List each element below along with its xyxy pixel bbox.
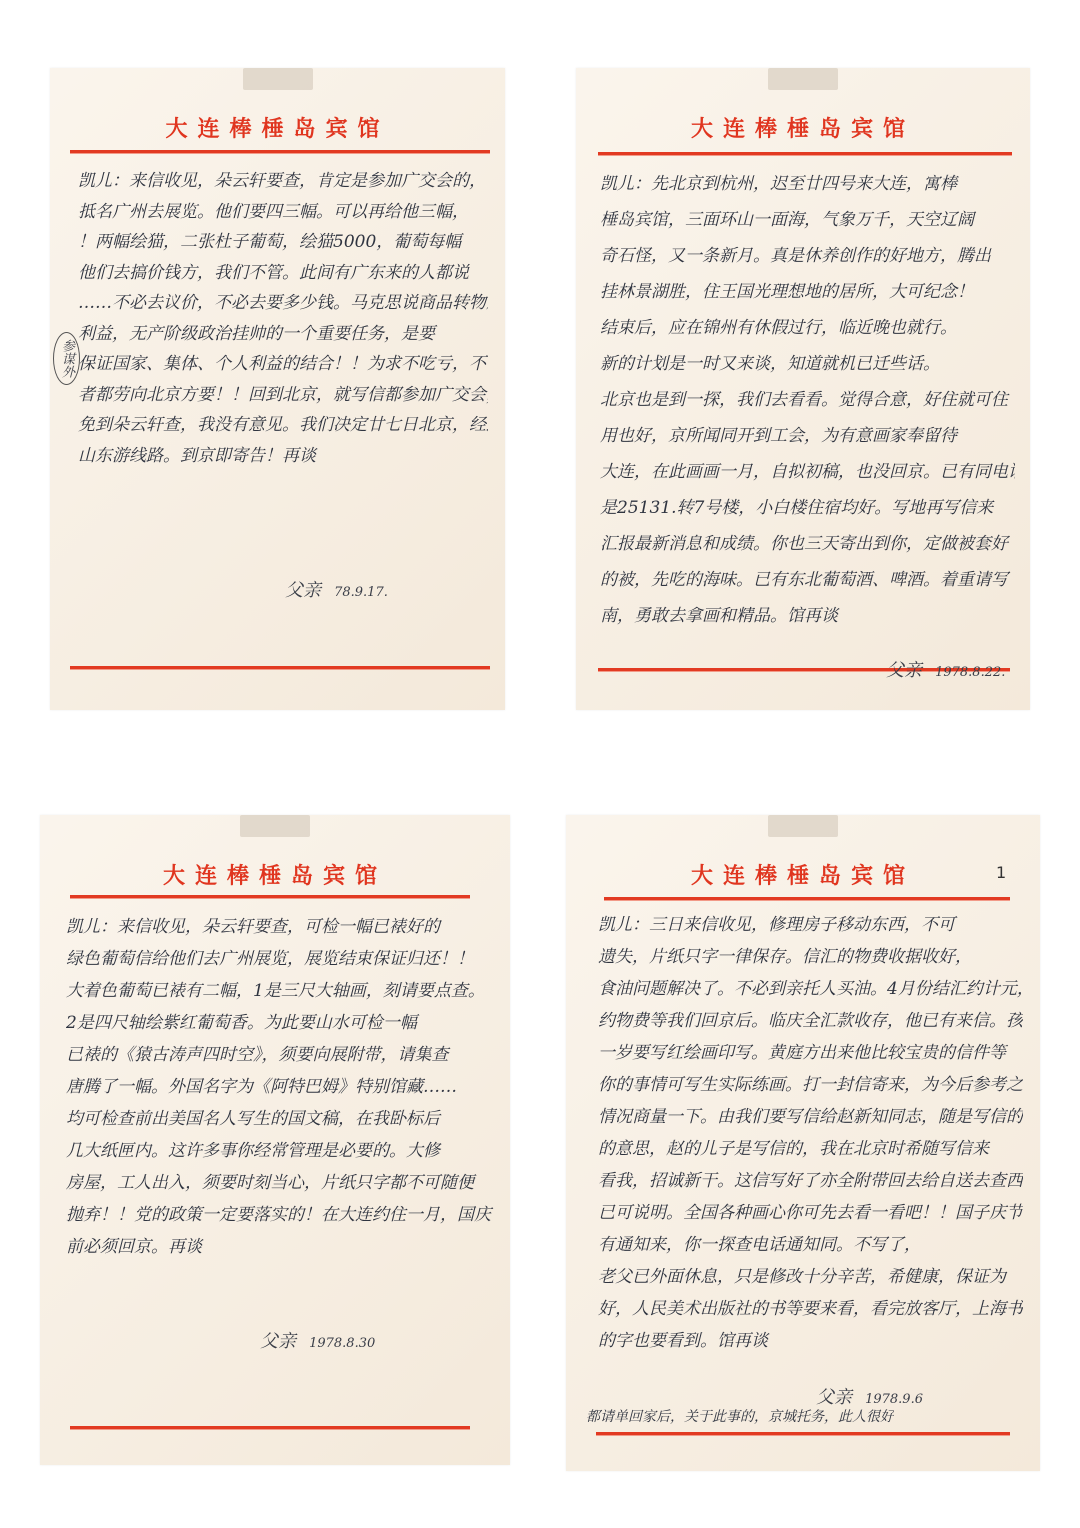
letterhead-rule: [70, 150, 490, 154]
letter-sheet-1: 大连棒棰岛宾馆 参谋外 凯儿：来信收见，朵云轩要查，肯定是参加广交会的， 抵名广…: [50, 68, 505, 710]
tape-mark: [768, 68, 838, 90]
signature-block: 父亲 1978.8.22.: [886, 656, 1005, 682]
letterhead-rule: [604, 897, 1010, 901]
signature: 父亲: [285, 580, 321, 601]
letter-date: 78.9.17.: [334, 585, 388, 600]
letter-body: 凯儿：来信收见，朵云轩要查，肯定是参加广交会的， 抵名广州去展览。他们要四三幅。…: [78, 166, 488, 471]
footer-rule: [70, 666, 490, 670]
letter-sheet-2: 大连棒棰岛宾馆 凯儿：先北京到杭州，迟至廿四号来大连，寓棒 棰岛宾馆，三面环山一…: [576, 68, 1030, 710]
footer-rule: [596, 1432, 1010, 1436]
letter-body: 凯儿：先北京到杭州，迟至廿四号来大连，寓棒 棰岛宾馆，三面环山一面海，气象万千，…: [600, 166, 1015, 634]
signature: 父亲: [886, 660, 922, 681]
letterhead-title: 大连棒棰岛宾馆: [576, 112, 1030, 143]
letter-date: 1978.9.6: [865, 1392, 923, 1407]
signature-block: 父亲 1978.8.30: [260, 1327, 375, 1353]
tape-mark: [240, 815, 310, 837]
letter-body: 凯儿：来信收见，朵云轩要查，可检一幅已裱好的 绿色葡萄信给他们去广州展览，展览结…: [66, 911, 496, 1263]
margin-note: 参谋外: [53, 332, 80, 385]
letter-sheet-3: 大连棒棰岛宾馆 凯儿：来信收见，朵云轩要查，可检一幅已裱好的 绿色葡萄信给他们去…: [40, 815, 510, 1465]
tape-mark: [768, 815, 838, 837]
tape-mark: [243, 68, 313, 90]
signature: 父亲: [816, 1387, 852, 1408]
signature-block: 父亲 1978.9.6: [816, 1383, 923, 1409]
footer-note: 都请单回家后，关于此事的，京城托务，此人很好: [586, 1407, 894, 1427]
signature: 父亲: [260, 1331, 296, 1352]
footer-rule: [70, 1426, 470, 1430]
letter-body: 凯儿：三日来信收见，修理房子移动东西，不可 遗失，片纸只字一律保存。信汇的物费收…: [598, 909, 1023, 1357]
letterhead-rule: [598, 152, 1012, 156]
letter-date: 1978.8.30: [309, 1336, 375, 1351]
letter-date: 1978.8.22.: [935, 665, 1005, 680]
letterhead-rule: [70, 895, 470, 899]
letterhead-title: 大连棒棰岛宾馆: [40, 859, 510, 890]
signature-block: 父亲 78.9.17.: [285, 576, 388, 602]
letterhead-title: 大连棒棰岛宾馆: [50, 112, 505, 143]
letter-sheet-4: 大连棒棰岛宾馆 1 凯儿：三日来信收见，修理房子移动东西，不可 遗失，片纸只字一…: [566, 815, 1040, 1471]
page-number: 1: [996, 863, 1006, 882]
letterhead-title: 大连棒棰岛宾馆: [566, 859, 1040, 890]
